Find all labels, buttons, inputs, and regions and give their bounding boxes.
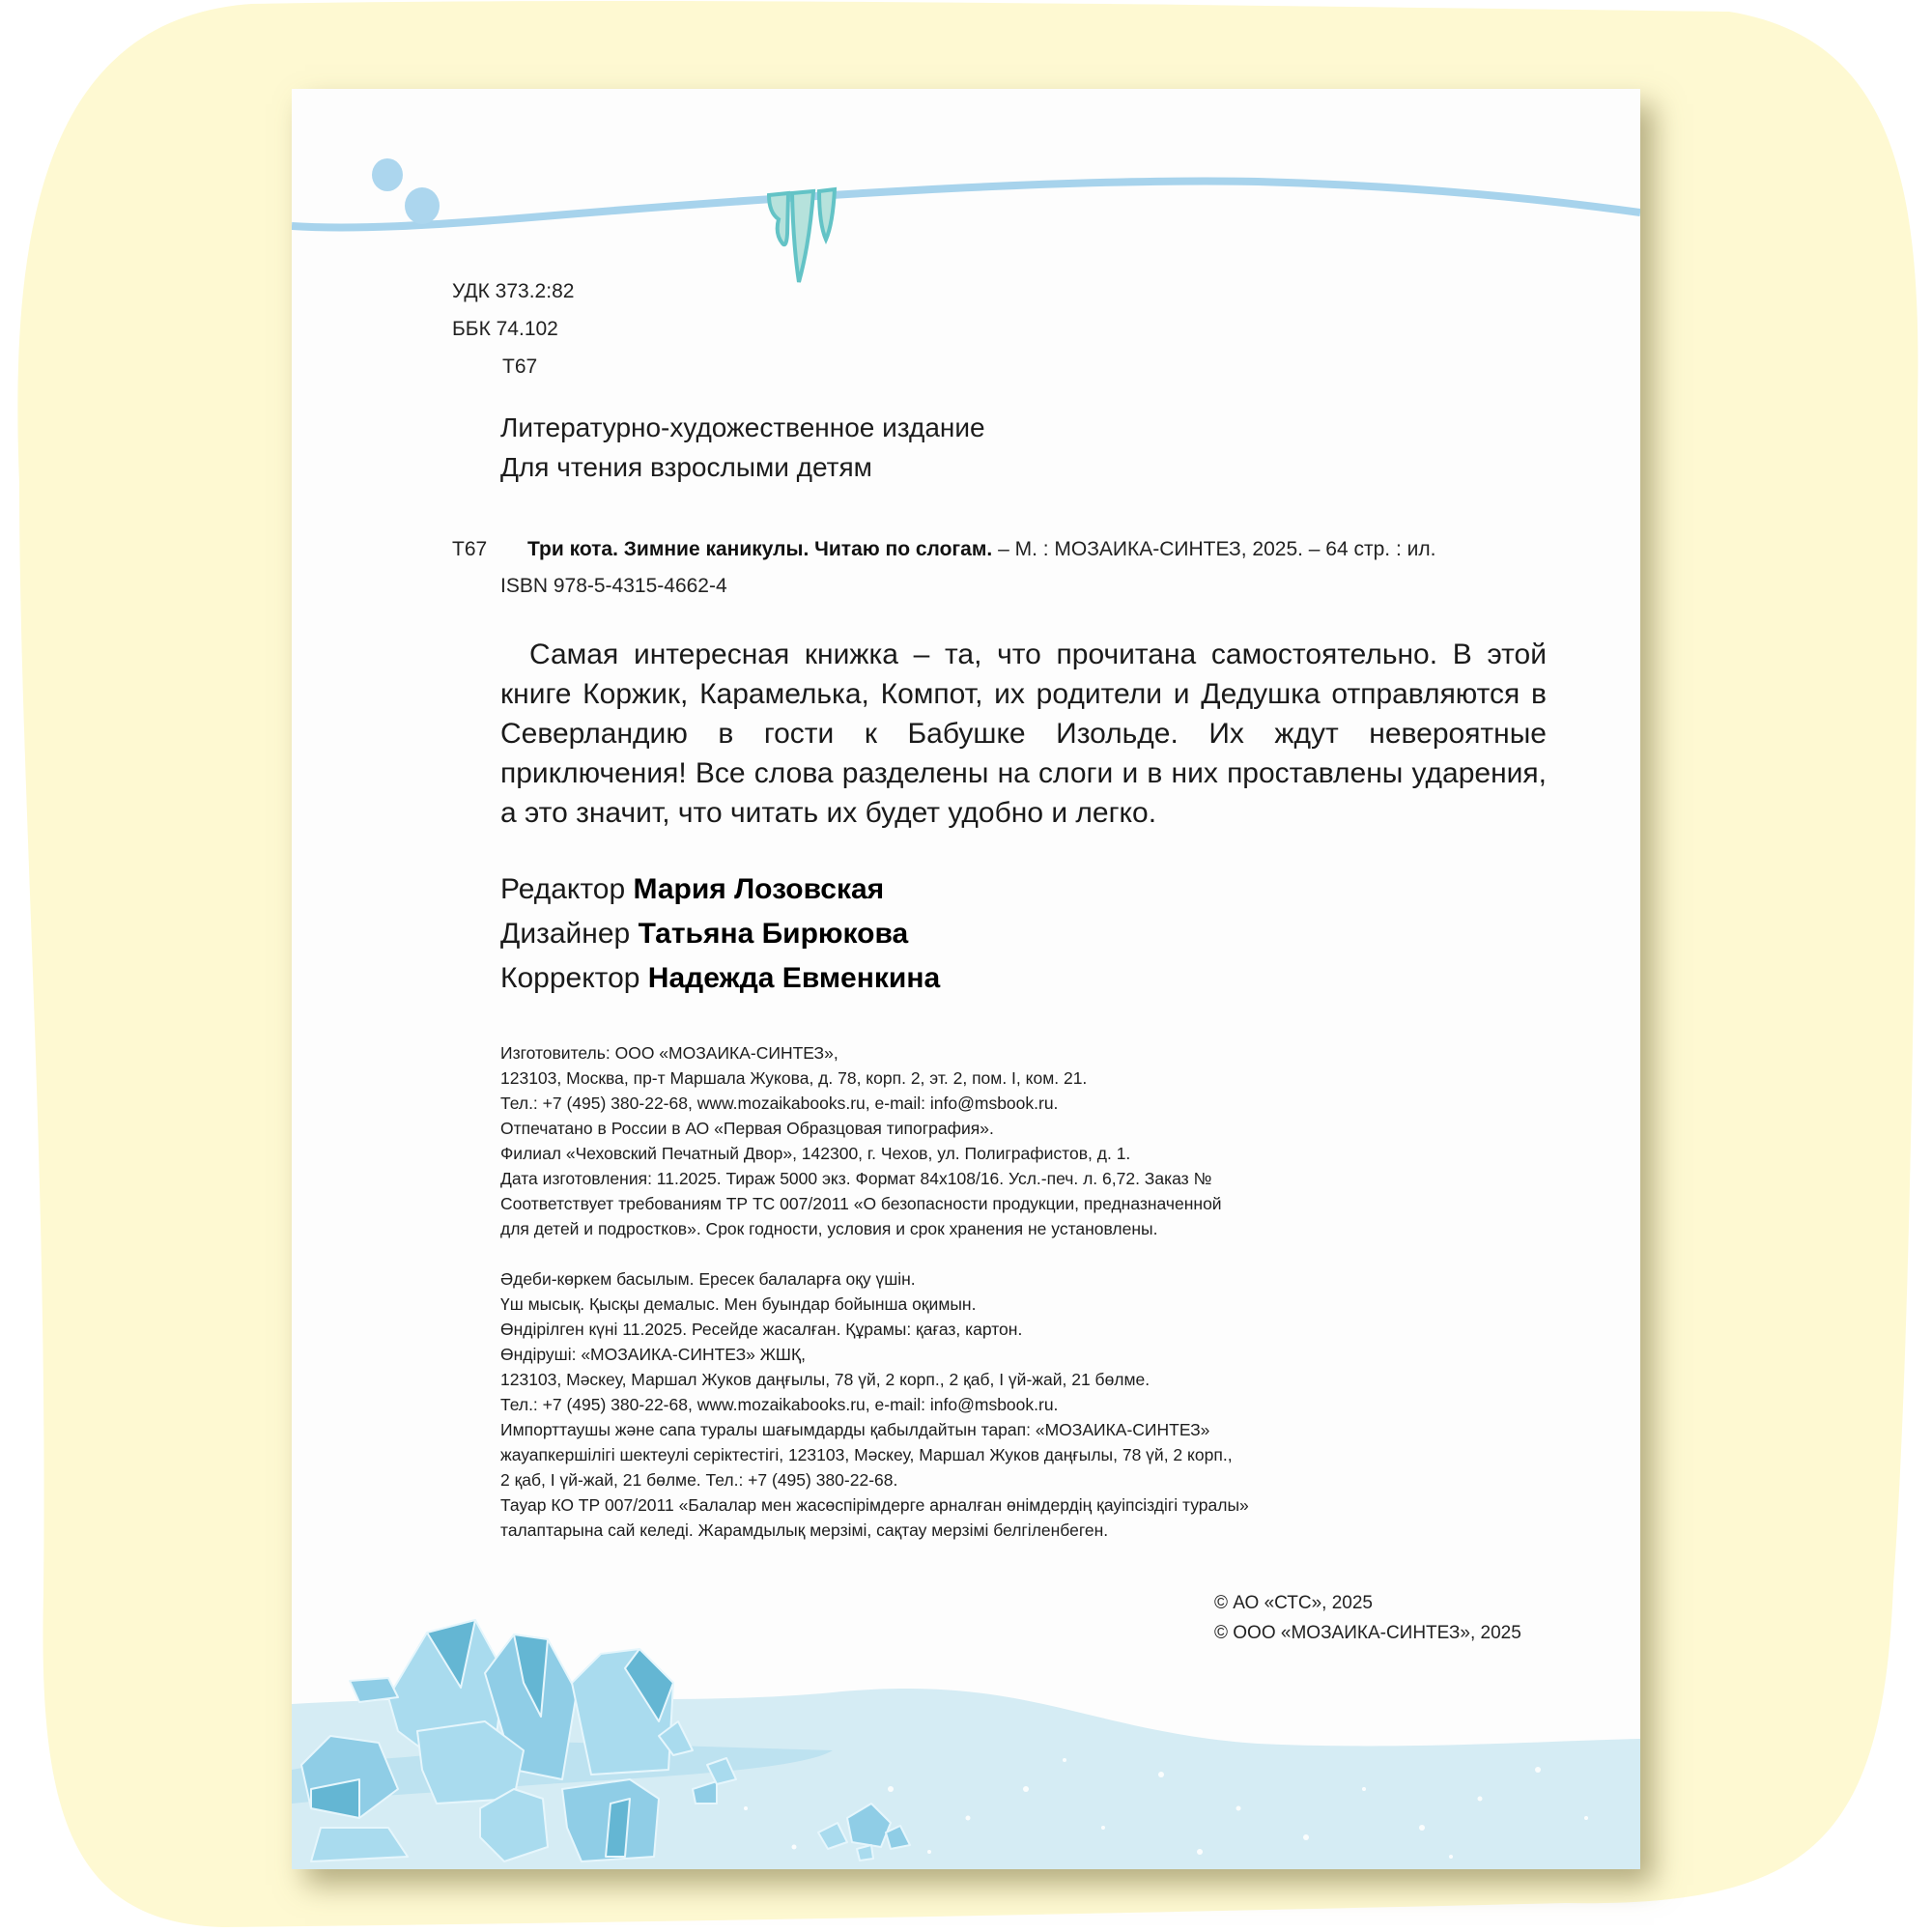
isbn: ISBN 978-5-4315-4662-4: [500, 575, 727, 598]
imprint-line: Филиал «Чеховский Печатный Двор», 142300…: [500, 1141, 1222, 1166]
imprint-line: Әдеби-көркем басылым. Ересек балаларға о…: [500, 1266, 1249, 1292]
imprint-line: Дата изготовления: 11.2025. Тираж 5000 э…: [500, 1166, 1222, 1191]
bbk-code: ББК 74.102: [452, 318, 558, 341]
imprint-line: 123103, Москва, пр-т Маршала Жукова, д. …: [500, 1065, 1222, 1091]
copyright-line: © ООО «МОЗАИКА-СИНТЕЗ», 2025: [1214, 1618, 1521, 1648]
imprint-line: Отпечатано в России в АО «Первая Образцо…: [500, 1116, 1222, 1141]
imprint-line: Соответствует требованиям ТР ТС 007/2011…: [500, 1191, 1222, 1216]
annotation-text: Самая интересная книжка – та, что прочит…: [500, 635, 1547, 833]
imprint-line: Импорттаушы және сапа туралы шағымдарды …: [500, 1417, 1249, 1442]
imprint-kazakh: Әдеби-көркем басылым. Ересек балаларға о…: [500, 1266, 1249, 1543]
imprint-line: 123103, Мәскеу, Маршал Жуков даңғылы, 78…: [500, 1367, 1249, 1392]
credit-designer: Дизайнер Татьяна Бирюкова: [500, 918, 908, 951]
snowball-icon: [372, 158, 403, 191]
imprint-russian: Изготовитель: ООО «МОЗАИКА-СИНТЕЗ», 1231…: [500, 1040, 1222, 1241]
imprint-line: Өндірілген күні 11.2025. Ресейде жасалға…: [500, 1317, 1249, 1342]
credit-name: Надежда Евменкина: [648, 962, 940, 994]
credit-role: Редактор: [500, 873, 625, 905]
credit-role: Корректор: [500, 962, 639, 994]
credit-proofreader: Корректор Надежда Евменкина: [500, 962, 940, 995]
credit-role: Дизайнер: [500, 918, 630, 950]
imprint-line: талаптарына сай келеді. Жарамдылық мерзі…: [500, 1518, 1249, 1543]
snowball-icon: [405, 187, 440, 224]
imprint-line: жауапкершілігі шектеулі серіктестігі, 12…: [500, 1442, 1249, 1467]
imprint-line: Изготовитель: ООО «МОЗАИКА-СИНТЕЗ»,: [500, 1040, 1222, 1065]
imprint-line: 2 қаб, I үй-жай, 21 бөлме. Тел.: +7 (495…: [500, 1467, 1249, 1492]
publication-imprint: – М. : МОЗАИКА-СИНТЕЗ, 2025. – 64 стр. :…: [992, 538, 1435, 560]
imprint-line: Тауар КО ТР 007/2011 «Балалар мен жасөсп…: [500, 1492, 1249, 1518]
credit-name: Татьяна Бирюкова: [639, 918, 909, 950]
author-mark: Т67: [502, 355, 537, 379]
edition-type-line-1: Литературно-художественное издание: [500, 412, 985, 443]
book-title: Три кота. Зимние каникулы. Читаю по слог…: [527, 538, 992, 560]
annotation: Самая интересная книжка – та, что прочит…: [500, 635, 1547, 833]
garland-line: [292, 181, 1640, 227]
icicles-icon: [769, 189, 835, 282]
udk-code: УДК 373.2:82: [452, 280, 574, 303]
imprint-line: Өндіруші: «МОЗАИКА-СИНТЕЗ» ЖШҚ,: [500, 1342, 1249, 1367]
imprint-line: Тел.: +7 (495) 380-22-68, www.mozaikaboo…: [500, 1091, 1222, 1116]
imprint-line: Тел.: +7 (495) 380-22-68, www.mozaikaboo…: [500, 1392, 1249, 1417]
bibliographic-mark: Т67: [452, 538, 487, 561]
book-page: УДК 373.2:82 ББК 74.102 Т67 Литературно-…: [292, 89, 1640, 1869]
bibliographic-record: Три кота. Зимние каникулы. Читаю по слог…: [527, 538, 1435, 561]
imprint-line: для детей и подростков». Срок годности, …: [500, 1216, 1222, 1241]
edition-type-line-2: Для чтения взрослыми детям: [500, 452, 872, 483]
credit-name: Мария Лозовская: [633, 873, 884, 905]
credit-editor: Редактор Мария Лозовская: [500, 873, 884, 906]
imprint-line: Үш мысық. Қысқы демалыс. Мен буындар бой…: [500, 1292, 1249, 1317]
copyright-line: © АО «СТС», 2025: [1214, 1588, 1521, 1618]
copyright-block: © АО «СТС», 2025 © ООО «МОЗАИКА-СИНТЕЗ»,…: [1214, 1588, 1521, 1648]
